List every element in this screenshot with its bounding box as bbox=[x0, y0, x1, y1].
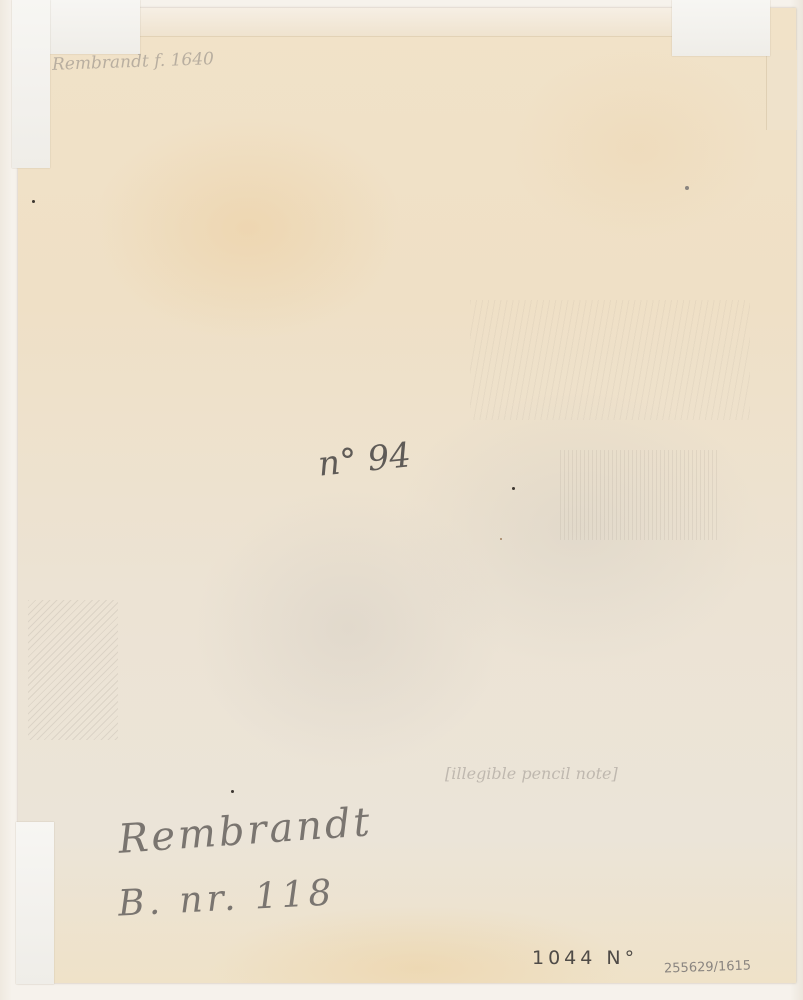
ink-speck bbox=[512, 487, 515, 490]
tape-hinge-bottom-left bbox=[16, 822, 54, 984]
ink-speck bbox=[32, 200, 35, 203]
accession-number: 255629/1615 bbox=[664, 958, 752, 976]
tape-hinge-left-upper bbox=[12, 0, 50, 168]
ink-speck bbox=[685, 186, 689, 190]
ink-speck bbox=[500, 538, 502, 540]
show-through-hatching bbox=[28, 600, 118, 740]
inventory-number: 1044 N° bbox=[532, 947, 638, 969]
faint-pencil-note: [illegible pencil note] bbox=[445, 764, 618, 783]
ink-speck bbox=[231, 790, 234, 793]
show-through-hatching bbox=[470, 300, 750, 420]
tape-hinge-top-right bbox=[672, 0, 770, 56]
right-edge-strip bbox=[766, 50, 797, 130]
show-through-hatching bbox=[560, 450, 720, 540]
top-paper-strip bbox=[140, 8, 680, 37]
